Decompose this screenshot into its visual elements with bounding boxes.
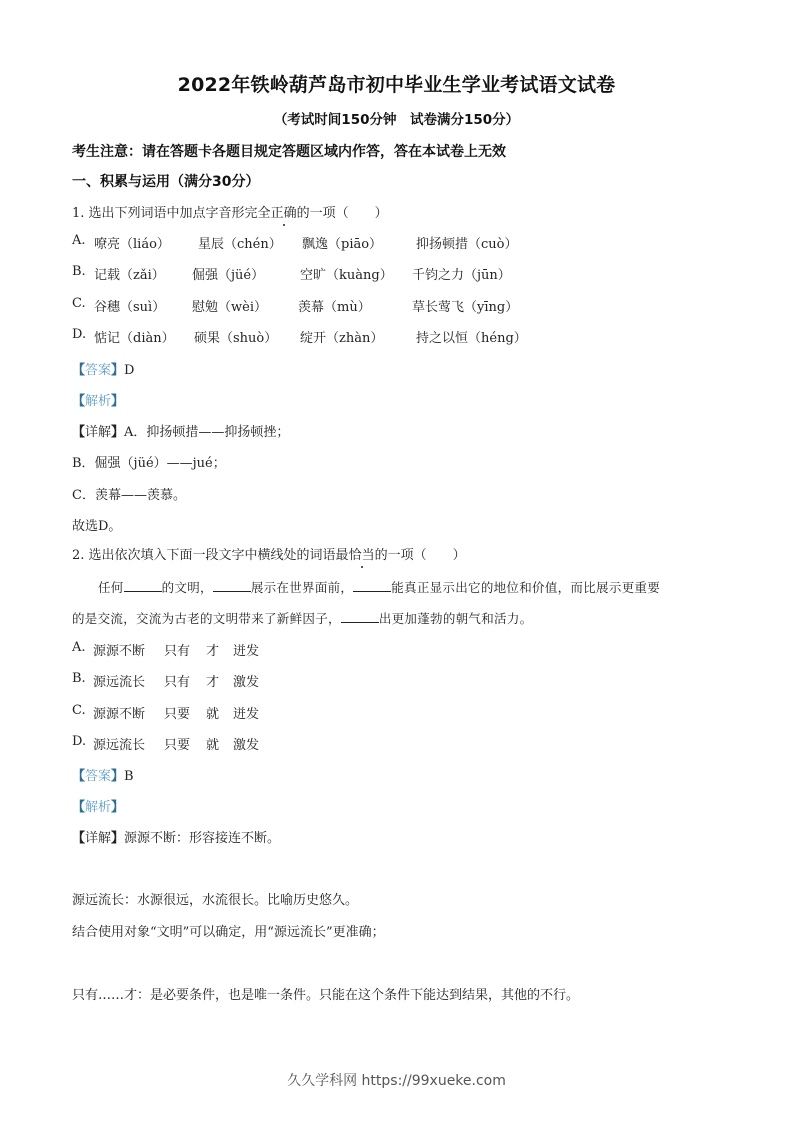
option-item: 就 bbox=[206, 703, 219, 722]
option-item: 就 bbox=[206, 734, 219, 753]
option-item: 持之以恒（héng） bbox=[416, 327, 527, 346]
analysis-tag: 解析 bbox=[85, 800, 111, 815]
option-label: D. bbox=[72, 327, 86, 342]
option-item: 绽开（zhàn） bbox=[300, 327, 383, 346]
exam-subtitle: （考试时间150分钟 试卷满分150分） bbox=[0, 108, 793, 128]
detail-text: A．抑扬顿措——抑扬顿挫； bbox=[124, 425, 289, 440]
fill-blank bbox=[341, 610, 379, 623]
option-item: 硕果（shuò） bbox=[194, 327, 277, 346]
detail-tag: 详解 bbox=[85, 425, 111, 440]
option-item: 源源不断 bbox=[93, 640, 145, 659]
question-2-analysis: 【解析】 bbox=[72, 796, 124, 815]
option-item: 飘逸（piāo） bbox=[302, 233, 382, 252]
option-item: 源远流长 bbox=[93, 734, 145, 753]
answer-tag: 答案 bbox=[85, 363, 111, 378]
exam-notice: 考生注意：请在答题卡各题目规定答题区域内作答，答在本试卷上无效 bbox=[72, 141, 506, 161]
option-label: D. bbox=[72, 734, 86, 749]
option-item: 迸发 bbox=[233, 703, 259, 722]
option-item: 源源不断 bbox=[93, 703, 145, 722]
fill-blank bbox=[213, 579, 251, 592]
question-number: 1. bbox=[72, 206, 84, 221]
question-1-analysis: 【解析】 bbox=[72, 390, 124, 409]
question-2-detail-line: 源远流长：水源很远，水流很长。比喻历史悠久。 bbox=[72, 889, 358, 908]
analysis-tag: 解析 bbox=[85, 394, 111, 409]
question-2-detail-line: 只有……才：是必要条件，也是唯一条件。只能在这个条件下能达到结果，其他的不行。 bbox=[72, 984, 579, 1003]
option-item: 倔强（jüé） bbox=[192, 264, 264, 283]
question-2-passage-line-2: 的是交流，交流为古老的文明带来了新鲜因子，出更加蓬勃的朝气和活力。 bbox=[72, 609, 532, 627]
question-number: 2. bbox=[72, 548, 84, 563]
option-item: 草长莺飞（yīng） bbox=[412, 296, 518, 315]
option-label: A. bbox=[72, 233, 86, 248]
question-stem-text: 选出下列词语中加点字音形完全 bbox=[89, 206, 271, 221]
option-label: B. bbox=[72, 264, 86, 279]
option-item: 只要 bbox=[164, 703, 190, 722]
option-label: B. bbox=[72, 671, 86, 686]
option-label: A. bbox=[72, 640, 86, 655]
question-2-detail-line: 【详解】源源不断：形容接连不断。 bbox=[72, 827, 280, 846]
question-1-detail-line: 故选D。 bbox=[72, 515, 121, 534]
option-item: 源远流长 bbox=[93, 671, 145, 690]
option-item: 谷穗（suì） bbox=[94, 296, 165, 315]
option-item: 羡幕（mù） bbox=[298, 296, 371, 315]
option-item: 只有 bbox=[164, 671, 190, 690]
question-2-detail-line: 结合使用对象“文明”可以确定，用“源远流长”更准确； bbox=[72, 921, 385, 940]
question-1-detail-line: B．倔强（jüé）——jué； bbox=[72, 452, 226, 471]
option-item: 只有 bbox=[164, 640, 190, 659]
option-item: 嘹亮（liáo） bbox=[94, 233, 170, 252]
option-item: 激发 bbox=[233, 734, 259, 753]
option-item: 空旷（kuàng） bbox=[300, 264, 393, 283]
fill-blank bbox=[124, 579, 162, 592]
option-item: 惦记（diàn） bbox=[94, 327, 175, 346]
option-item: 才 bbox=[206, 640, 219, 659]
answer-tag: 答案 bbox=[85, 769, 111, 784]
question-2-passage-line-1: 任何的文明，展示在世界面前，能真正显示出它的地位和价值，而比展示更重要 bbox=[98, 578, 660, 596]
dotted-text: 恰当 bbox=[349, 544, 375, 563]
option-item: 迸发 bbox=[233, 640, 259, 659]
option-item: 激发 bbox=[233, 671, 259, 690]
option-label: C. bbox=[72, 296, 86, 311]
question-stem-text: 的一项（ ） bbox=[375, 548, 466, 563]
exam-title: 2022年铁岭葫芦岛市初中毕业生学业考试语文试卷 bbox=[0, 70, 793, 97]
option-item: 慰勉（wèi） bbox=[192, 296, 267, 315]
question-stem-text: 选出依次填入下面一段文字中横线处的词语最 bbox=[89, 548, 349, 563]
footer-watermark: 久久学科网 https://99xueke.com bbox=[0, 1070, 793, 1090]
question-2-stem: 2. 选出依次填入下面一段文字中横线处的词语最恰当的一项（ ） bbox=[72, 544, 466, 563]
question-stem-text: 的一项（ ） bbox=[297, 206, 388, 221]
detail-text: 源源不断：形容接连不断。 bbox=[124, 831, 280, 846]
option-item: 千钧之力（jūn） bbox=[412, 264, 511, 283]
answer-value: B bbox=[124, 769, 134, 784]
option-item: 星辰（chén） bbox=[198, 233, 282, 252]
question-2-answer: 【答案】B bbox=[72, 765, 134, 784]
exam-page: 2022年铁岭葫芦岛市初中毕业生学业考试语文试卷 （考试时间150分钟 试卷满分… bbox=[0, 0, 793, 1122]
fill-blank bbox=[353, 579, 391, 592]
section-heading: 一、积累与运用（满分30分） bbox=[72, 171, 259, 191]
answer-value: D bbox=[124, 363, 134, 378]
detail-tag: 详解 bbox=[85, 831, 111, 846]
question-1-detail-line: C．羡幕——羡慕。 bbox=[72, 484, 186, 503]
option-label: C. bbox=[72, 703, 86, 718]
question-1-stem: 1. 选出下列词语中加点字音形完全正确的一项（ ） bbox=[72, 202, 388, 221]
option-item: 抑扬顿措（cuò） bbox=[416, 233, 517, 252]
option-item: 只要 bbox=[164, 734, 190, 753]
question-1-answer: 【答案】D bbox=[72, 359, 134, 378]
option-item: 才 bbox=[206, 671, 219, 690]
dotted-text: 正确 bbox=[271, 202, 297, 221]
question-1-detail-line: 【详解】A．抑扬顿措——抑扬顿挫； bbox=[72, 421, 289, 440]
option-item: 记载（zǎi） bbox=[94, 264, 165, 283]
